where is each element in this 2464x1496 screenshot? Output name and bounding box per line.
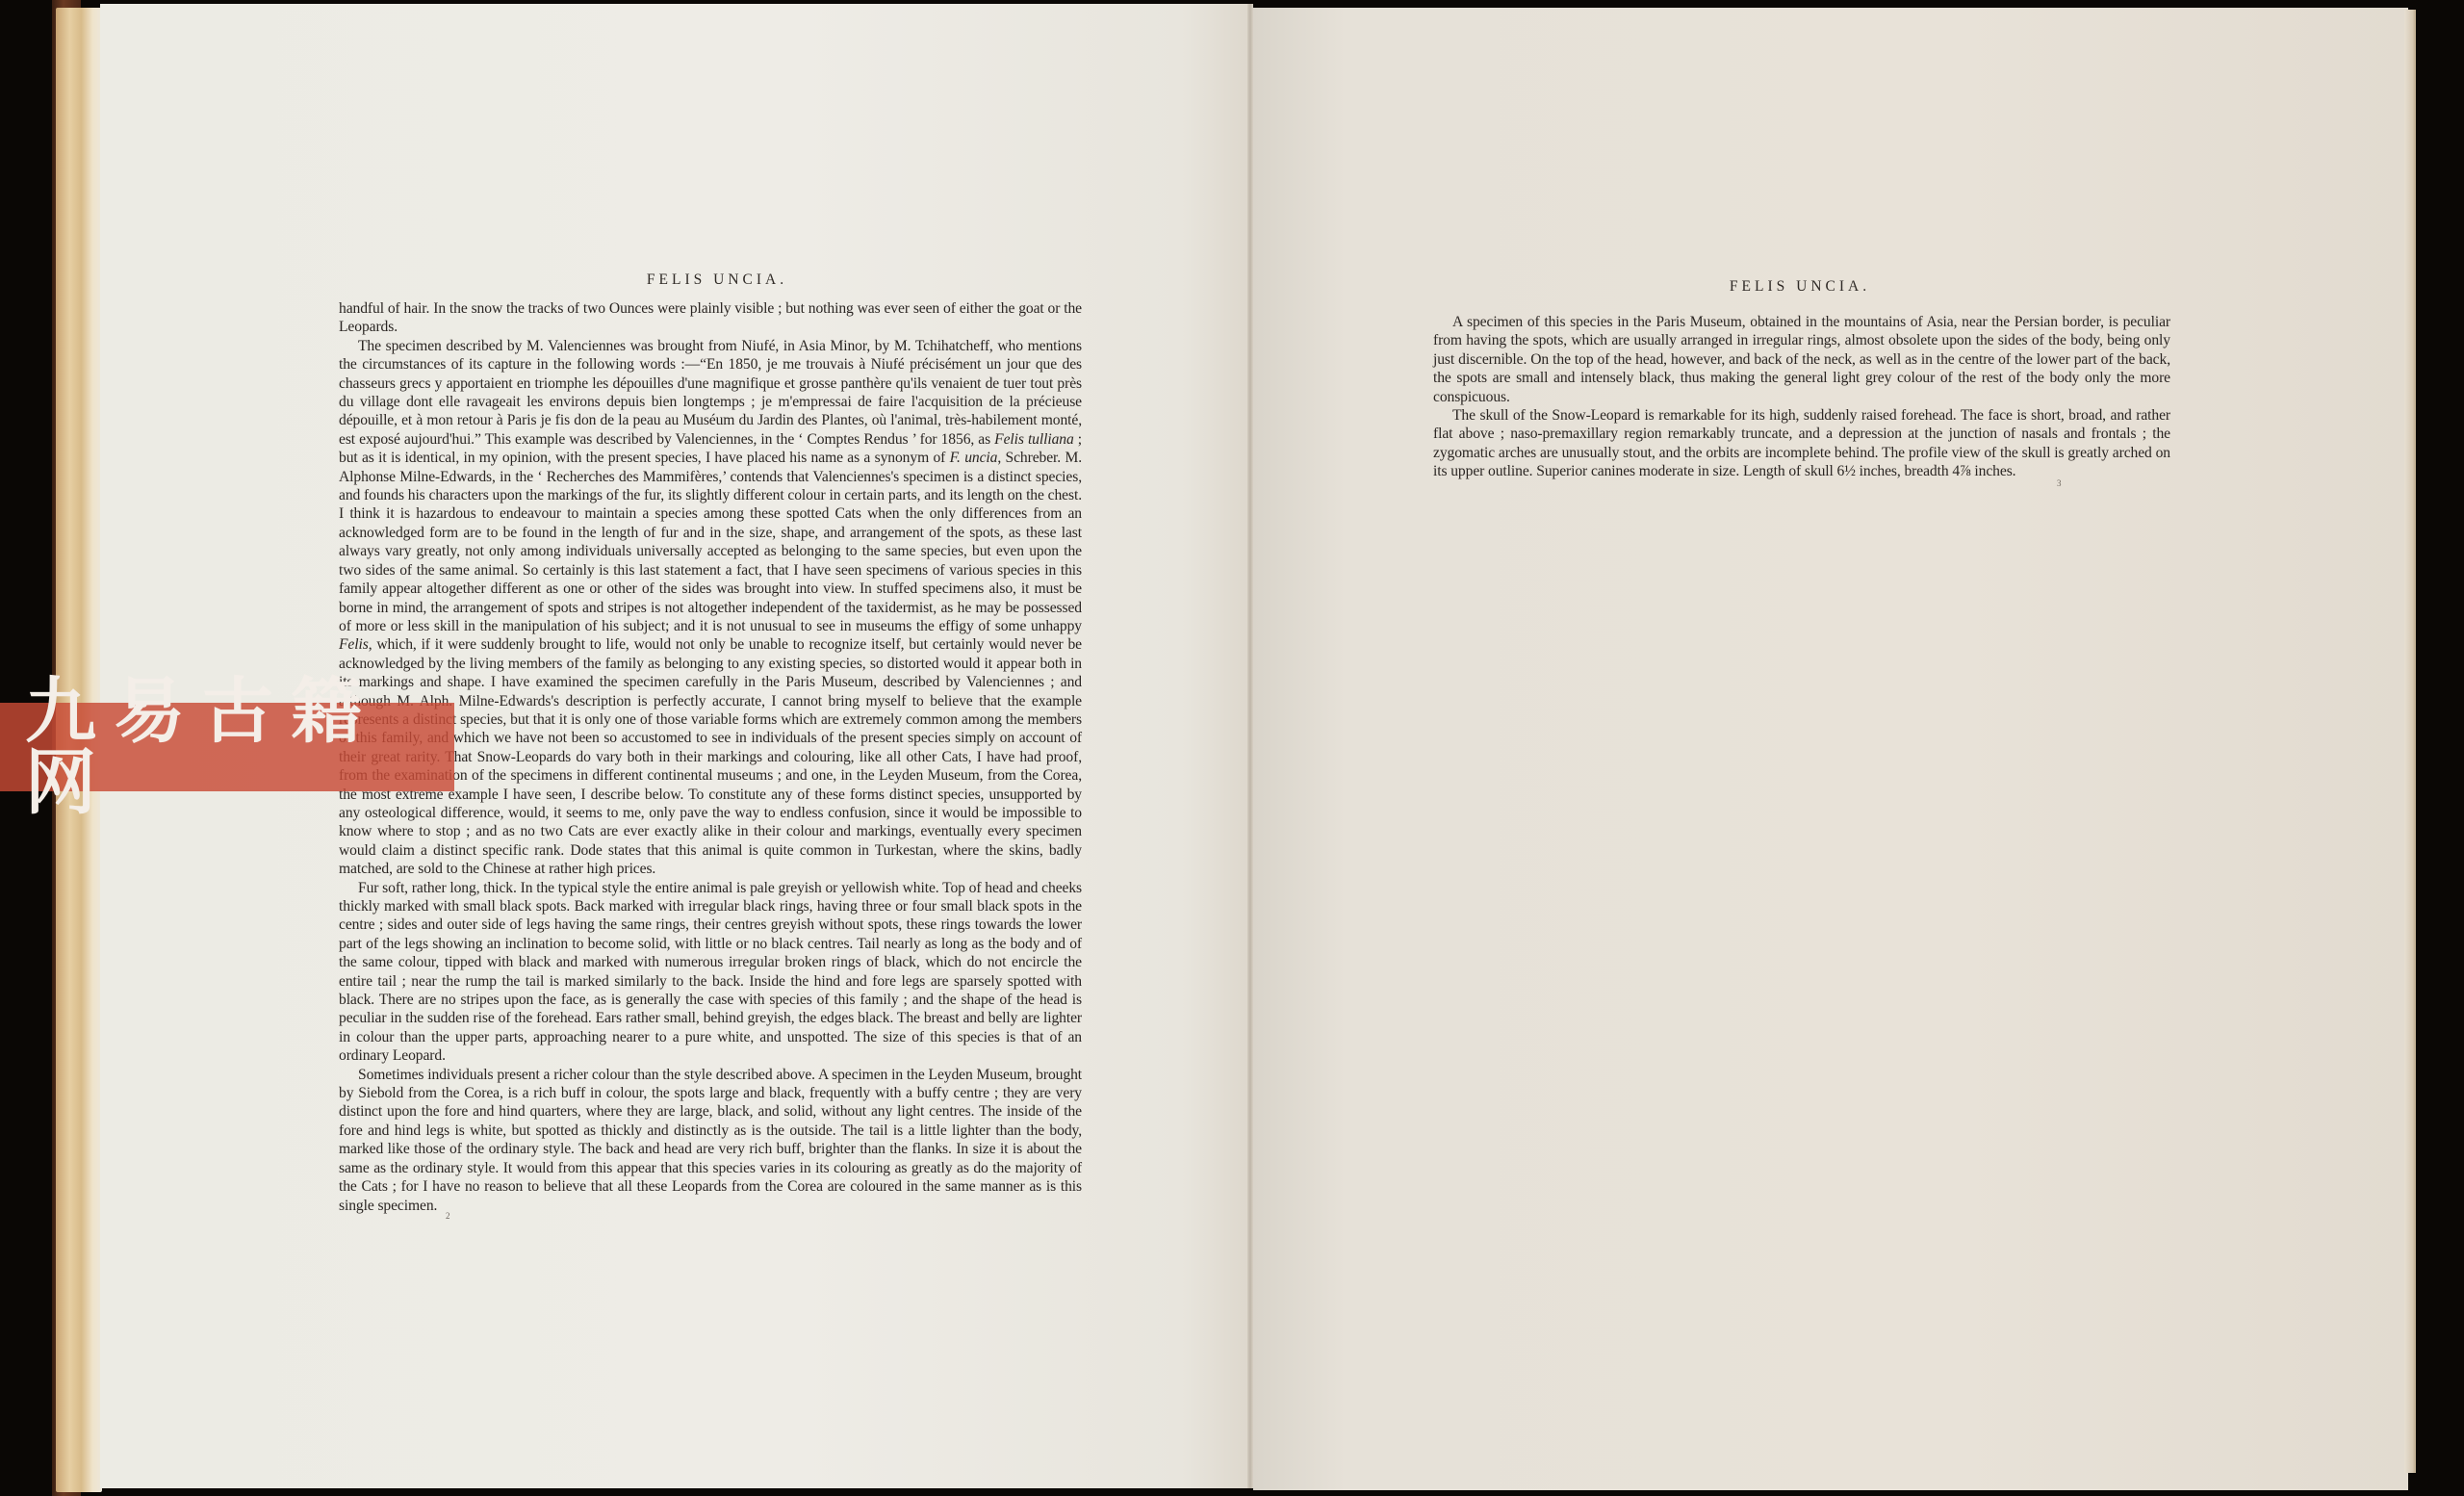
watermark-text: 九易古籍网	[25, 676, 454, 818]
paragraph: A specimen of this species in the Paris …	[1433, 313, 2170, 406]
page-stack-edge-right	[2404, 10, 2416, 1473]
running-head-left: FELIS UNCIA.	[342, 271, 1092, 289]
paragraph: The skull of the Snow-Leopard is remarka…	[1433, 406, 2170, 481]
right-page	[1253, 8, 2408, 1490]
watermark-banner: 九易古籍网	[0, 703, 454, 791]
right-page-body: A specimen of this species in the Paris …	[1433, 313, 2170, 481]
page-number-left: 2	[446, 1211, 450, 1221]
paragraph: Sometimes individuals present a richer c…	[339, 1066, 1082, 1215]
page-number-right: 3	[2057, 478, 2062, 488]
paragraph: Fur soft, rather long, thick. In the typ…	[339, 879, 1082, 1066]
paragraph: handful of hair. In the snow the tracks …	[339, 299, 1082, 337]
running-head-right: FELIS UNCIA.	[1424, 278, 2175, 296]
